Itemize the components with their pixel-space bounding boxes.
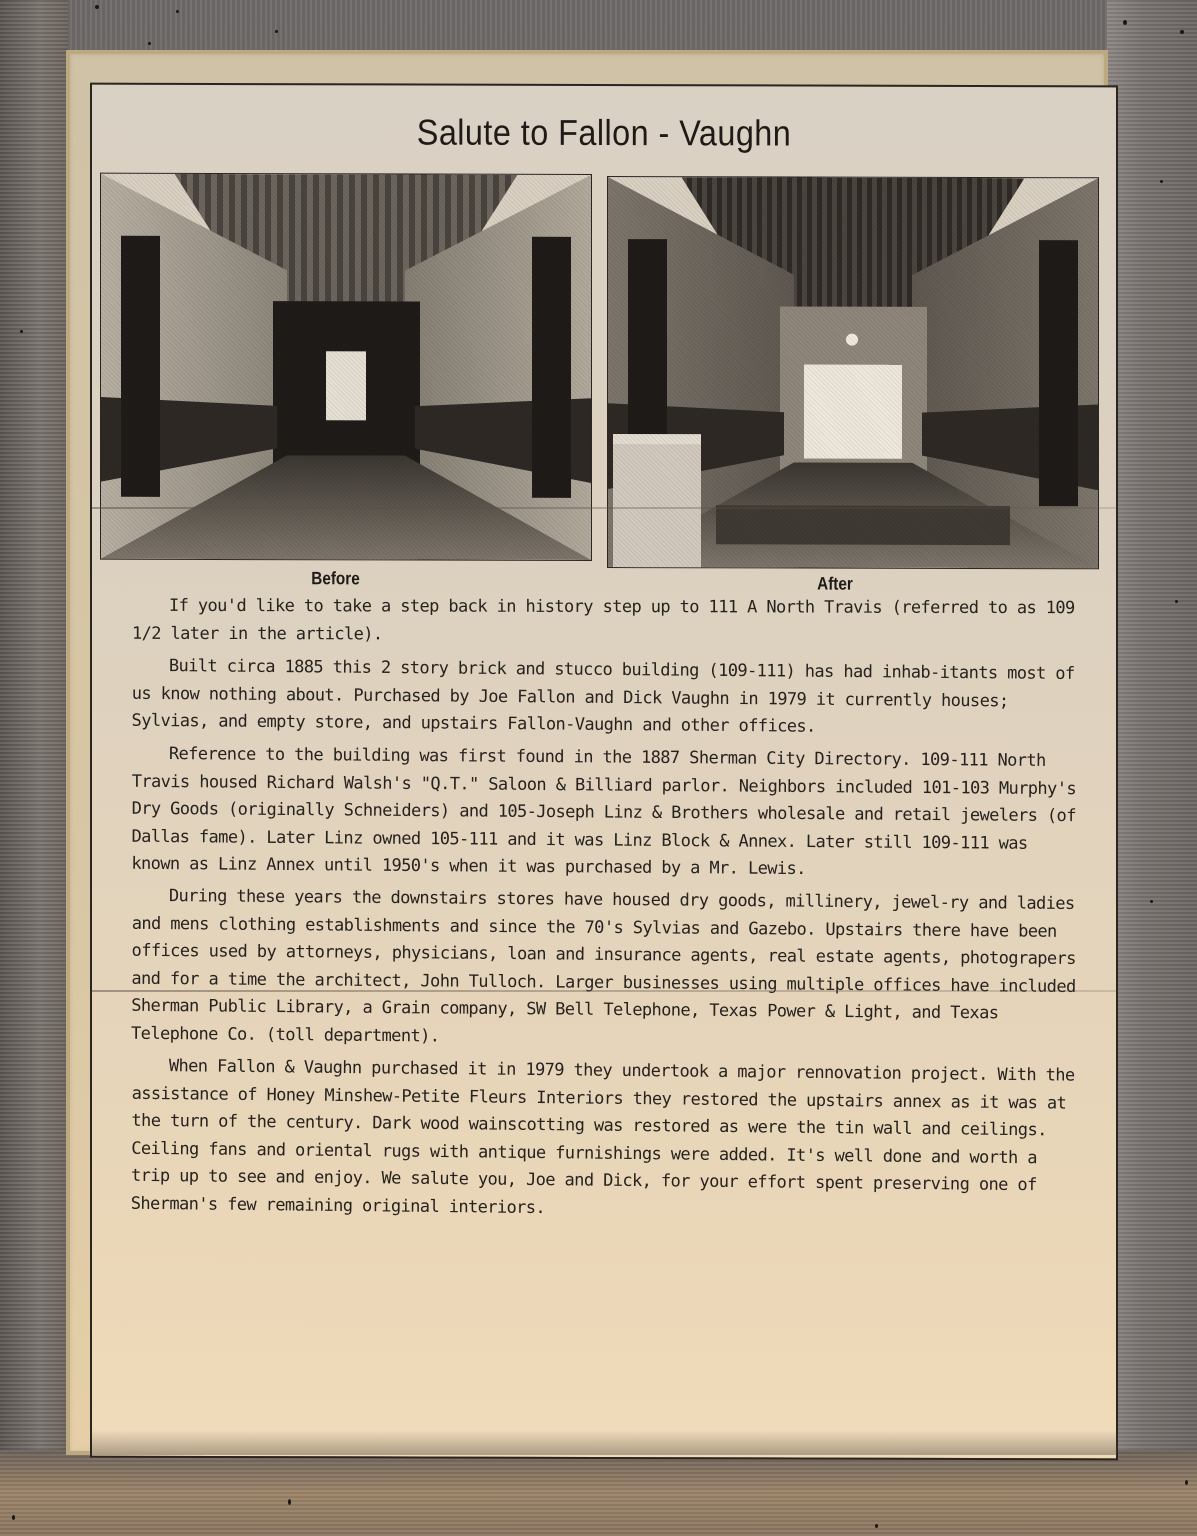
before-photo	[100, 173, 592, 561]
before-caption: Before	[311, 568, 359, 589]
frame-speck	[875, 1524, 878, 1528]
paragraph-3: Reference to the building was first foun…	[131, 740, 1077, 885]
after-caption: After	[817, 574, 853, 595]
paragraph-5: When Fallon & Vaughn purchased it in 197…	[131, 1053, 1077, 1228]
article-title: Salute to Fallon - Vaughn	[143, 111, 1065, 155]
frame-speck	[1175, 600, 1178, 603]
frame-speck	[1160, 180, 1163, 183]
paragraph-4: During these years the downstairs stores…	[131, 883, 1077, 1056]
frame-speck	[288, 1499, 291, 1505]
frame-speck	[176, 10, 179, 13]
newspaper-clipping: Salute to Fallon - Vaughn Before After I…	[90, 83, 1118, 1461]
frame-speck	[1150, 900, 1153, 903]
article-body: If you'd like to take a step back in his…	[132, 593, 1077, 1225]
frame-bottom-edge	[0, 1450, 1197, 1536]
frame-speck	[275, 30, 278, 33]
frame-speck	[12, 1515, 15, 1520]
frame-speck	[1123, 20, 1127, 25]
paragraph-1: If you'd like to take a step back in his…	[132, 593, 1077, 650]
frame-shadow	[92, 1430, 1117, 1455]
frame-speck	[1180, 30, 1184, 34]
frame-speck	[20, 330, 23, 333]
paragraph-2: Built circa 1885 this 2 story brick and …	[131, 653, 1076, 744]
frame-left-edge	[0, 0, 68, 1536]
after-photo	[607, 176, 1099, 569]
frame-speck	[95, 5, 99, 9]
frame-speck	[1185, 1480, 1188, 1485]
paper-fold-line	[92, 507, 1117, 509]
paper-fold-line	[92, 990, 1117, 992]
frame-speck	[148, 42, 151, 45]
frame-right-edge	[1107, 0, 1197, 1536]
